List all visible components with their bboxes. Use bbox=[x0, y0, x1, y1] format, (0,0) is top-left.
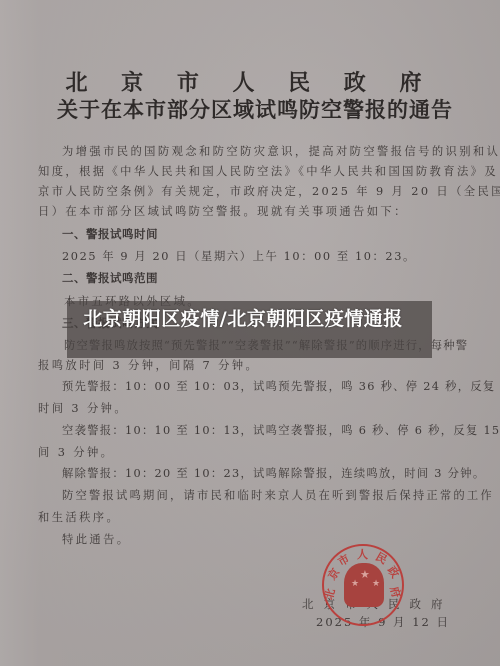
method-line: 报鸣放时间 3 分钟，间隔 7 分钟。 bbox=[38, 357, 259, 373]
star-icon: ★ bbox=[372, 580, 380, 589]
intro-line: 京市人民防空条例》有关规定，市政府决定，2025 年 9 月 20 日（全民国防… bbox=[38, 183, 500, 199]
closing-line: 特此通告。 bbox=[62, 531, 131, 547]
method-line: 间 3 分钟。 bbox=[38, 444, 114, 460]
issuer-title: 北 京 市 人 民 政 府 bbox=[0, 66, 500, 97]
method-line: 空袭警报：10：10 至 10：13，试鸣空袭警报，鸣 6 秒、停 6 秒，反复… bbox=[62, 422, 500, 438]
caption-text: 北京朝阳区疫情/北京朝阳区疫情通报 bbox=[78, 307, 408, 331]
intro-line: 知度，根据《中华人民共和国人民防空法》《中华人民共和国国防教育法》及《北 bbox=[38, 163, 500, 179]
intro-line: 日）在本市部分区域试鸣防空警报。现就有关事项通告如下： bbox=[38, 203, 408, 219]
method-line: 预先警报：10：00 至 10：03，试鸣预先警报，鸣 36 秒、停 24 秒，… bbox=[62, 378, 500, 394]
intro-line: 为增强市民的国防观念和防空防灾意识，提高对防空警报信号的识别和认 bbox=[62, 143, 500, 159]
document-title: 关于在本市部分区域试鸣防空警报的通告 bbox=[50, 94, 460, 124]
section-heading-time: 一、警报试鸣时间 bbox=[62, 226, 158, 242]
closing-line: 防空警报试鸣期间，请市民和临时来京人员在听到警报后保持正常的工作 bbox=[62, 487, 494, 503]
section-heading-range: 二、警报试鸣范围 bbox=[62, 270, 158, 286]
method-line: 时间 3 分钟。 bbox=[38, 400, 128, 416]
star-icon: ★ bbox=[351, 580, 359, 589]
seal-char: 人 bbox=[357, 546, 368, 562]
section-body-time: 2025 年 9 月 20 日（星期六）上午 10：00 至 10：23。 bbox=[62, 248, 416, 264]
closing-line: 和生活秩序。 bbox=[38, 509, 120, 525]
star-icon: ★ bbox=[360, 570, 370, 579]
method-line: 解除警报：10：20 至 10：23，试鸣解除警报，连续鸣放，时间 3 分钟。 bbox=[62, 465, 485, 481]
